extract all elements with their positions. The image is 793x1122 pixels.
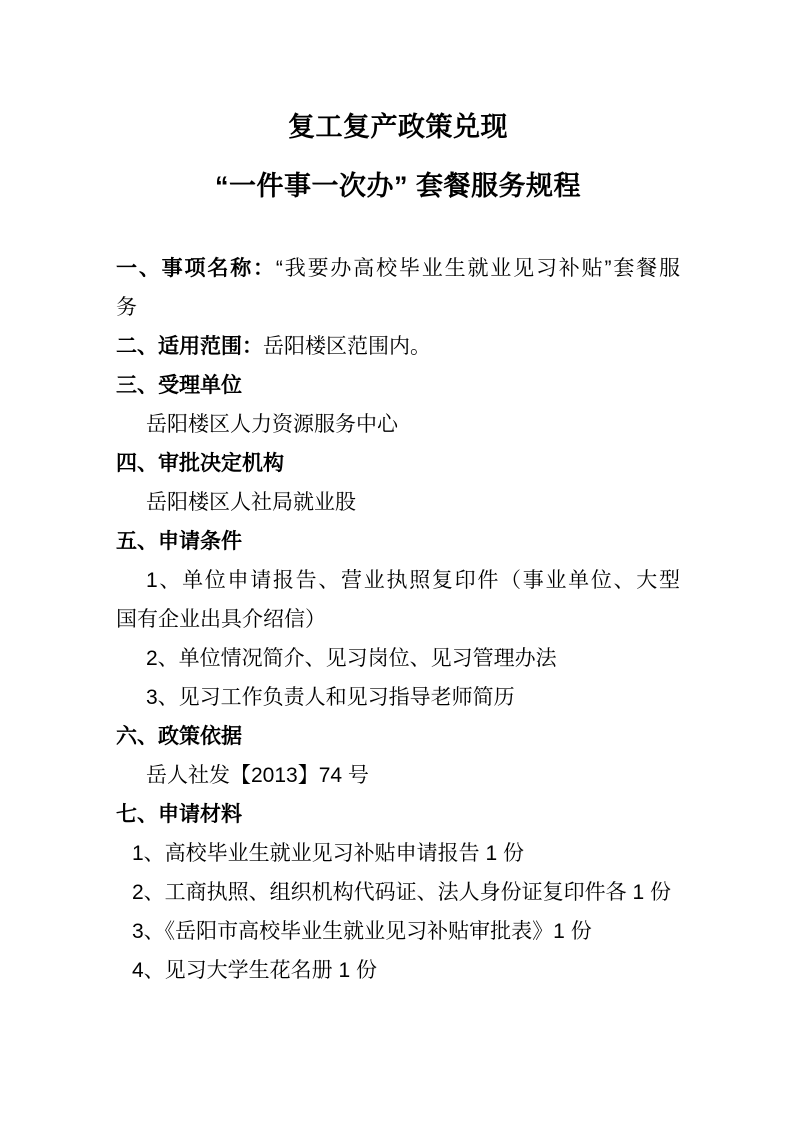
document-content: 复工复产政策兑现 “一件事一次办” 套餐服务规程 一、事项名称：“我要办高校毕业… — [116, 104, 680, 990]
section-1-line-2: 务 — [116, 288, 680, 327]
section-7-heading: 七、申请材料 — [116, 795, 680, 834]
section-7-item-1: 1、高校毕业生就业见习补贴申请报告 1 份 — [116, 834, 680, 873]
document-subtitle: “一件事一次办” 套餐服务规程 — [116, 163, 680, 209]
section-3-heading: 三、受理单位 — [116, 366, 680, 405]
document-page: 复工复产政策兑现 “一件事一次办” 套餐服务规程 一、事项名称：“我要办高校毕业… — [0, 0, 793, 1122]
section-5-item-2: 2、单位情况简介、见习岗位、见习管理办法 — [116, 639, 680, 678]
section-7-item-3: 3、《岳阳市高校毕业生就业见习补贴审批表》1 份 — [116, 912, 680, 951]
section-7-item-4: 4、见习大学生花名册 1 份 — [116, 951, 680, 990]
section-3-body: 岳阳楼区人力资源服务中心 — [116, 405, 680, 444]
section-2-line: 二、适用范围：岳阳楼区范围内。 — [116, 327, 680, 366]
section-5-item-1-line-2: 国有企业出具介绍信） — [116, 600, 680, 639]
section-5-item-3: 3、见习工作负责人和见习指导老师简历 — [116, 678, 680, 717]
section-1-heading: 一、事项名称： — [116, 257, 276, 280]
document-body: 一、事项名称：“我要办高校毕业生就业见习补贴”套餐服 务 二、适用范围：岳阳楼区… — [116, 249, 680, 990]
section-6-heading: 六、政策依据 — [116, 717, 680, 756]
section-4-body: 岳阳楼区人社局就业股 — [116, 483, 680, 522]
section-7-item-2: 2、工商执照、组织机构代码证、法人身份证复印件各 1 份 — [116, 873, 680, 912]
section-5-item-1-line-1: 1、单位申请报告、营业执照复印件（事业单位、大型 — [116, 561, 680, 600]
section-2-text: 岳阳楼区范围内。 — [263, 335, 431, 358]
section-2-heading: 二、适用范围： — [116, 335, 263, 358]
section-1-line-1: 一、事项名称：“我要办高校毕业生就业见习补贴”套餐服 — [116, 249, 680, 288]
section-6-body: 岳人社发【2013】74 号 — [116, 756, 680, 795]
section-1-text: “我要办高校毕业生就业见习补贴”套餐服 — [276, 257, 680, 280]
section-5-heading: 五、申请条件 — [116, 522, 680, 561]
section-4-heading: 四、审批决定机构 — [116, 444, 680, 483]
document-title: 复工复产政策兑现 — [116, 104, 680, 150]
